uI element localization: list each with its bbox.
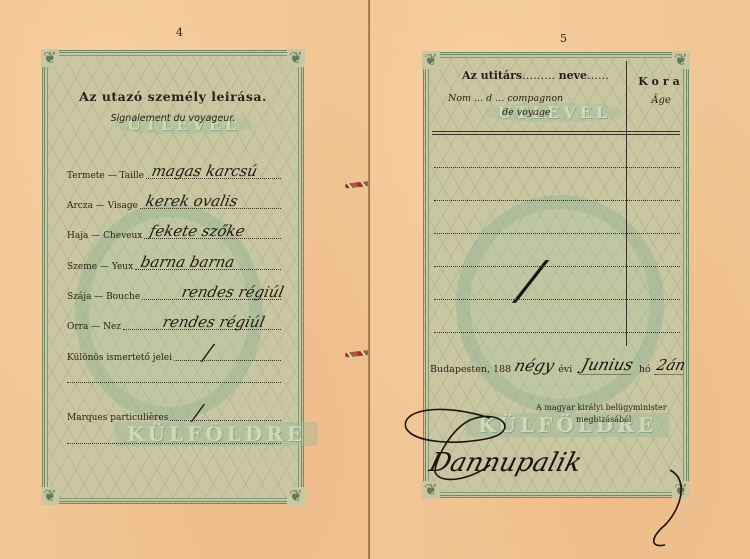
companion-line bbox=[434, 233, 680, 234]
field-eyes: Szeme — Yeux barna barna bbox=[67, 254, 281, 272]
place-date-line: Budapesten, 188 négy évi Junius hó 2án bbox=[430, 355, 685, 375]
ornament-icon: ❦ bbox=[422, 51, 440, 69]
description-title: Az utazó személy leirása. bbox=[45, 89, 301, 104]
field-value: rendes régiúl bbox=[161, 313, 266, 331]
companion-line bbox=[434, 200, 680, 201]
companion-line bbox=[434, 266, 680, 267]
signature-flourish bbox=[400, 400, 700, 559]
description-subtitle: Signalement du voyageur. bbox=[45, 113, 301, 124]
field-height: Termete — Taille magas karcsú bbox=[67, 163, 281, 181]
ornament-icon: ❦ bbox=[672, 51, 690, 69]
blank-line bbox=[67, 382, 281, 383]
left-page: 4 ❦ ❦ ❦ ❦ UTLEVEL KÜLFÖLDRE Az utazó sze… bbox=[0, 0, 370, 559]
companion-line bbox=[434, 332, 680, 333]
ornament-icon: ❦ bbox=[287, 49, 305, 67]
ornament-icon: ❦ bbox=[41, 49, 59, 67]
field-distinguishing-marks-fr: Marques particulières / bbox=[67, 405, 281, 423]
page-number-right: 5 bbox=[560, 32, 567, 45]
field-value: / bbox=[201, 341, 214, 366]
companion-label-hu: Az utitárs……… neve…… bbox=[462, 69, 609, 82]
field-value: magas karcsú bbox=[150, 162, 259, 180]
field-value: rendes régiúl bbox=[180, 283, 285, 301]
description-frame: ❦ ❦ ❦ ❦ UTLEVEL KÜLFÖLDRE Az utazó szemé… bbox=[42, 50, 304, 504]
ornament-icon: ❦ bbox=[287, 487, 305, 505]
field-value: kerek ovalis bbox=[144, 192, 239, 210]
field-nose: Orra — Nez rendes régiúl bbox=[67, 314, 281, 332]
field-distinguishing-marks-hu: Különös ismertető jelei / bbox=[67, 345, 281, 363]
official-signature: Dannupalik bbox=[426, 448, 585, 478]
companion-line bbox=[434, 167, 680, 168]
companion-label-fr: Nom ... d ... compagnon bbox=[448, 93, 563, 104]
header-rule bbox=[432, 131, 680, 135]
field-hair: Haja — Cheveux fekete szőke bbox=[67, 223, 281, 241]
field-value: fekete szőke bbox=[148, 222, 246, 240]
field-value: / bbox=[192, 401, 205, 426]
blank-line bbox=[67, 443, 281, 444]
companion-label-fr-2: de voyage bbox=[502, 107, 551, 118]
age-label-hu: Kora bbox=[638, 75, 684, 88]
ornament-icon: ❦ bbox=[41, 487, 59, 505]
age-label-fr: Âge bbox=[638, 95, 684, 106]
age-column-divider bbox=[626, 61, 627, 346]
field-mouth: Szája — Bouche rendes régiúl bbox=[67, 284, 281, 302]
companion-line bbox=[434, 299, 680, 300]
field-face: Arcza — Visage kerek ovalis bbox=[67, 193, 281, 211]
page-number-left: 4 bbox=[176, 26, 183, 39]
coat-of-arms-watermark bbox=[456, 195, 664, 413]
field-value: barna barna bbox=[139, 253, 236, 271]
